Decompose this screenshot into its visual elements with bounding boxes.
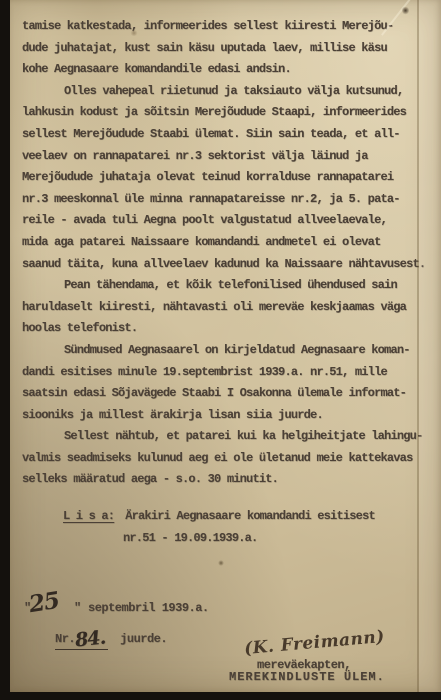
scanned-photo: tamise katkestada, informeerides sellest…: [0, 0, 441, 700]
day-quote-close: ": [74, 601, 81, 615]
document-line: kohe Aegnasaare komandandile edasi andsi…: [22, 59, 422, 81]
document-line: lahkusin kodust ja sõitsin Merejõudude S…: [22, 102, 422, 124]
paper-stain: [402, 6, 409, 15]
document-line: Sellest nähtub, et patarei kui ka helgih…: [22, 426, 422, 448]
document-line: hoolas telefonist.: [22, 318, 422, 340]
paper-edge-light-strip: [419, 0, 441, 692]
document-line: Olles vahepeal riietunud ja taksiauto vä…: [22, 81, 422, 103]
document-line: saatsin edasi Sõjavägede Staabi I Osakon…: [22, 383, 422, 405]
document-line: dandi esitises minule 19.septembrist 193…: [22, 362, 422, 384]
nr-line: Nr.84.juurde.: [55, 625, 167, 650]
document-line: haruldaselt kiiresti, nähtavasti oli mer…: [22, 297, 422, 319]
document-line: valmis seadmiseks kulunud aeg ei ole üle…: [22, 448, 422, 470]
paper-stain: [130, 30, 138, 36]
handwritten-day: 25: [27, 587, 61, 618]
document-paper: tamise katkestada, informeerides sellest…: [10, 0, 441, 692]
nr-suffix: juurde.: [120, 632, 167, 646]
document-line: reile - avada tuli Aegna poolt valgustat…: [22, 210, 422, 232]
document-text-block: tamise katkestada, informeerides sellest…: [22, 16, 422, 491]
document-line: tamise katkestada, informeerides sellest…: [22, 16, 422, 38]
lisa-text: Ärakiri Aegnasaare komandandi esitisest: [125, 509, 375, 523]
date-typed-text: septembril 1939.a.: [88, 601, 209, 615]
lisa-section: L i s a:Ärakiri Aegnasaare komandandi es…: [63, 509, 375, 523]
document-line: veelaev on rannapatarei nr.3 sektorist v…: [22, 146, 422, 168]
document-line: Sündmused Aegnasaarel on kirjeldatud Aeg…: [22, 340, 422, 362]
handwritten-signature: (K. Freimann): [243, 627, 385, 659]
document-line: dude juhatajat, kust sain käsu uputada l…: [22, 38, 422, 60]
handwritten-number: 84.: [74, 626, 106, 651]
document-line: siooniks ja millest ärakirja lisan siia …: [22, 405, 422, 427]
document-line: sellest Merejõudude Staabi ülemat. Siin …: [22, 124, 422, 146]
document-line: nr.3 meeskonnal üle minna rannapatareiss…: [22, 189, 422, 211]
document-line: Pean tähendama, et kõik telefonilised üh…: [22, 275, 422, 297]
document-line: selleks määratud aega - s.o. 30 minutit.: [22, 469, 422, 491]
document-line: Merejõudude juhataja olevat teinud korra…: [22, 167, 422, 189]
lisa-reference: nr.51 - 19.09.1939.a.: [123, 531, 257, 545]
lisa-label: L i s a:: [63, 509, 114, 523]
document-line: mida aga patarei Naissaare komandandi an…: [22, 232, 422, 254]
paper-stain: [218, 560, 224, 566]
position-line: MEREKINDLUSTE ÜLEM.: [229, 670, 385, 684]
nr-label: Nr.: [55, 632, 75, 646]
document-line: saanud täita, kuna allveelaev kadunud ka…: [22, 254, 422, 276]
nr-underline-group: Nr.84.: [55, 625, 108, 650]
